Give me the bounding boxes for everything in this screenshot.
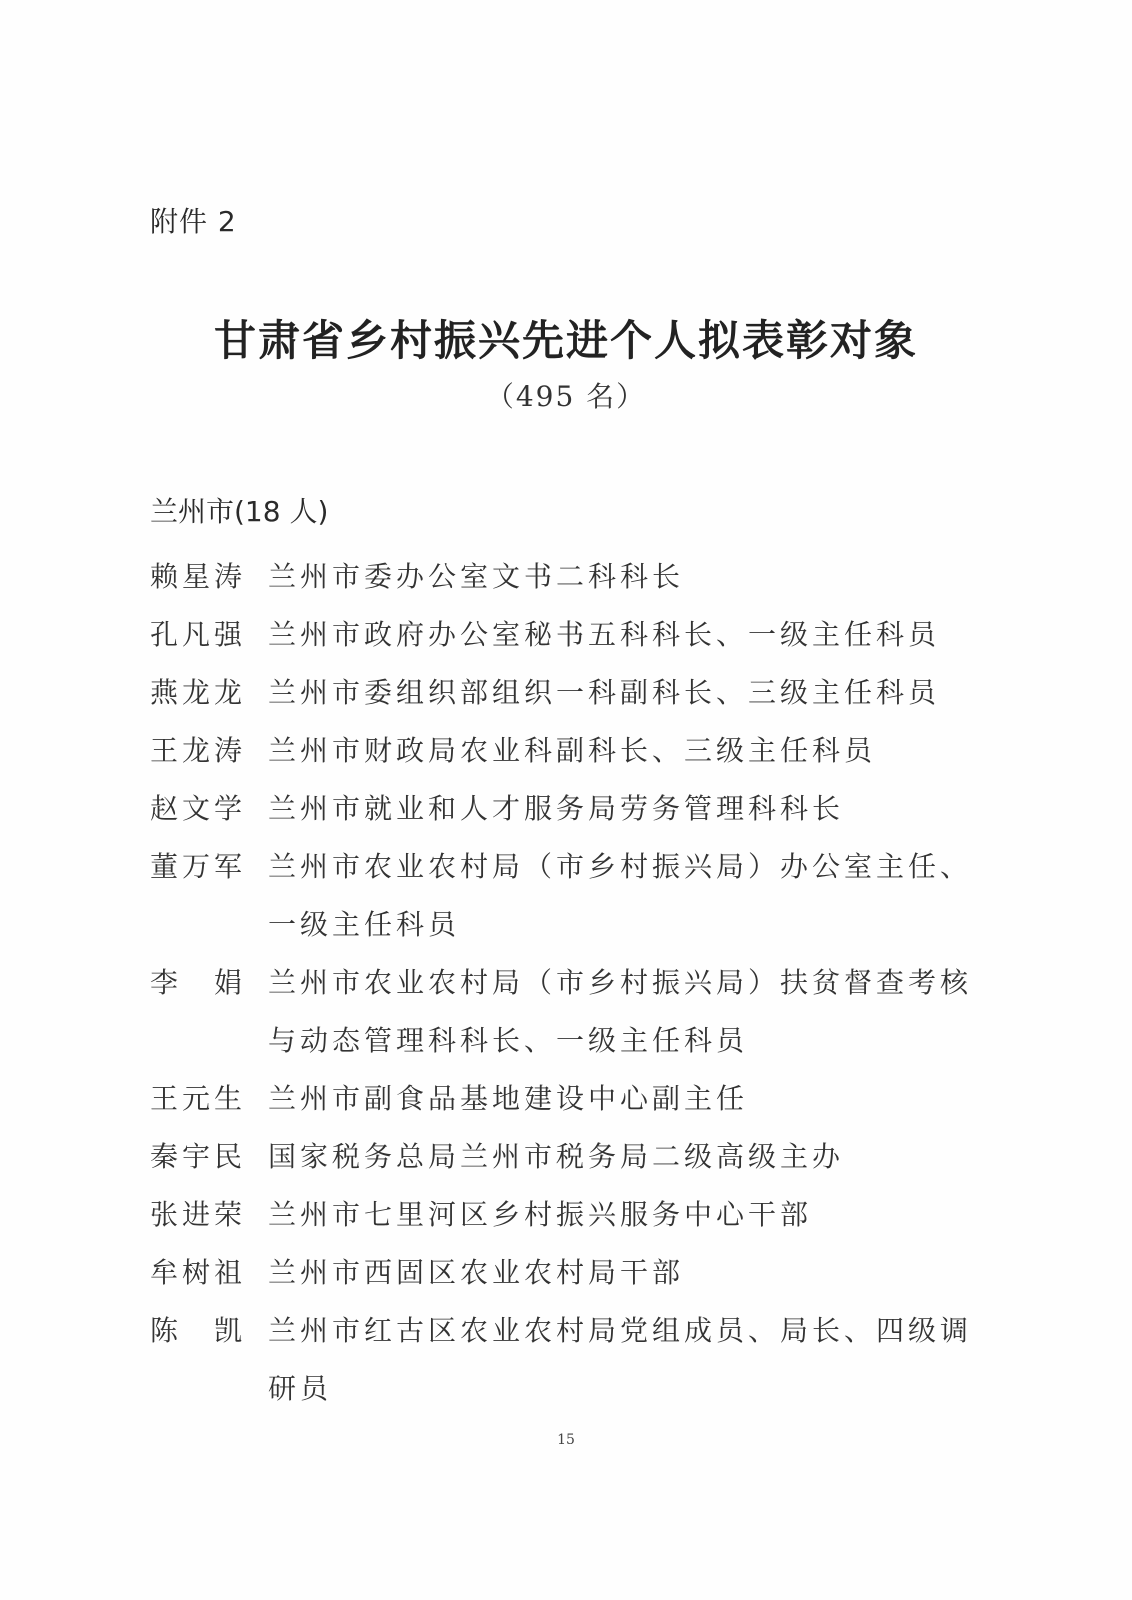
person-position: 兰州市副食品基地建设中心副主任 bbox=[268, 1070, 990, 1128]
list-item: 秦宇民 国家税务总局兰州市税务局二级高级主办 bbox=[150, 1128, 990, 1186]
person-name: 王元生 bbox=[150, 1070, 268, 1128]
person-name: 孔凡强 bbox=[150, 606, 268, 664]
person-position: 兰州市委办公室文书二科科长 bbox=[268, 548, 990, 606]
person-name: 牟树祖 bbox=[150, 1244, 268, 1302]
entry-list: 赖星涛 兰州市委办公室文书二科科长 孔凡强 兰州市政府办公室秘书五科科长、一级主… bbox=[150, 548, 990, 1418]
list-item: 王龙涛 兰州市财政局农业科副科长、三级主任科员 bbox=[150, 722, 990, 780]
person-position: 兰州市农业农村局（市乡村振兴局）扶贫督查考核与动态管理科科长、一级主任科员 bbox=[268, 954, 990, 1070]
page-number: 15 bbox=[0, 1432, 1132, 1448]
person-name: 董万军 bbox=[150, 838, 268, 896]
list-item: 王元生 兰州市副食品基地建设中心副主任 bbox=[150, 1070, 990, 1128]
person-name: 李 娟 bbox=[150, 954, 268, 1012]
person-position: 兰州市财政局农业科副科长、三级主任科员 bbox=[268, 722, 990, 780]
person-name: 秦宇民 bbox=[150, 1128, 268, 1186]
attachment-label: 附件 2 bbox=[150, 200, 237, 240]
person-name: 陈 凯 bbox=[150, 1302, 268, 1360]
section-lanzhou: 兰州市(18 人) 赖星涛 兰州市委办公室文书二科科长 孔凡强 兰州市政府办公室… bbox=[150, 490, 990, 1418]
list-item: 赖星涛 兰州市委办公室文书二科科长 bbox=[150, 548, 990, 606]
page-title: 甘肃省乡村振兴先进个人拟表彰对象 bbox=[0, 308, 1132, 368]
person-position: 兰州市政府办公室秘书五科科长、一级主任科员 bbox=[268, 606, 990, 664]
person-position: 兰州市农业农村局（市乡村振兴局）办公室主任、一级主任科员 bbox=[268, 838, 990, 954]
person-name: 燕龙龙 bbox=[150, 664, 268, 722]
list-item: 赵文学 兰州市就业和人才服务局劳务管理科科长 bbox=[150, 780, 990, 838]
page-subtitle-count: （495 名） bbox=[0, 375, 1132, 415]
document-page: 附件 2 甘肃省乡村振兴先进个人拟表彰对象 （495 名） 兰州市(18 人) … bbox=[0, 0, 1132, 1600]
person-position: 兰州市西固区农业农村局干部 bbox=[268, 1244, 990, 1302]
person-name: 张进荣 bbox=[150, 1186, 268, 1244]
person-position: 兰州市七里河区乡村振兴服务中心干部 bbox=[268, 1186, 990, 1244]
person-name: 赖星涛 bbox=[150, 548, 268, 606]
person-position: 国家税务总局兰州市税务局二级高级主办 bbox=[268, 1128, 990, 1186]
person-position: 兰州市委组织部组织一科副科长、三级主任科员 bbox=[268, 664, 990, 722]
list-item: 孔凡强 兰州市政府办公室秘书五科科长、一级主任科员 bbox=[150, 606, 990, 664]
person-position: 兰州市红古区农业农村局党组成员、局长、四级调研员 bbox=[268, 1302, 990, 1418]
list-item: 陈 凯 兰州市红古区农业农村局党组成员、局长、四级调研员 bbox=[150, 1302, 990, 1418]
person-position: 兰州市就业和人才服务局劳务管理科科长 bbox=[268, 780, 990, 838]
person-name: 赵文学 bbox=[150, 780, 268, 838]
list-item: 牟树祖 兰州市西固区农业农村局干部 bbox=[150, 1244, 990, 1302]
list-item: 董万军 兰州市农业农村局（市乡村振兴局）办公室主任、一级主任科员 bbox=[150, 838, 990, 954]
list-item: 张进荣 兰州市七里河区乡村振兴服务中心干部 bbox=[150, 1186, 990, 1244]
person-name: 王龙涛 bbox=[150, 722, 268, 780]
list-item: 李 娟 兰州市农业农村局（市乡村振兴局）扶贫督查考核与动态管理科科长、一级主任科… bbox=[150, 954, 990, 1070]
section-heading: 兰州市(18 人) bbox=[150, 490, 990, 534]
list-item: 燕龙龙 兰州市委组织部组织一科副科长、三级主任科员 bbox=[150, 664, 990, 722]
